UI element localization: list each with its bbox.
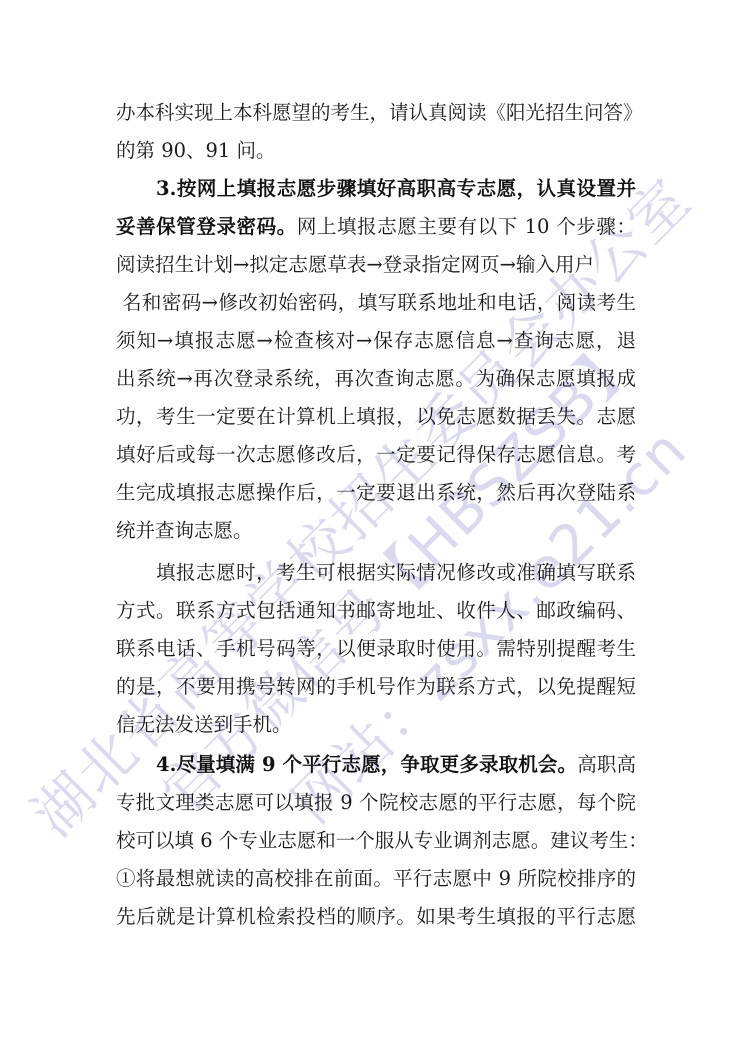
text-line: 妥善保管登录密码。网上填报志愿主要有以下 10 个步骤：: [116, 212, 636, 242]
paragraph-start: 填报志愿时，考生可根据实际情况修改或准确填写联系: [156, 558, 636, 588]
text-line: 出系统→再次登录系统，再次查询志愿。为确保志愿填报成: [116, 364, 636, 394]
text-line: 联系电话、手机号码等，以便录取时使用。需特别提醒考生: [116, 634, 636, 664]
text-line: 信无法发送到手机。: [116, 710, 636, 740]
body-text: 高职高: [577, 753, 636, 776]
text-line: 专批文理类志愿可以填报 9 个院校志愿的平行志愿，每个院: [116, 788, 636, 818]
body-text: 网上填报志愿主要有以下 10 个步骤：: [297, 215, 636, 238]
document-page: 湖北省高等学校招生委员会办公室 官方微信号【HBSZSB】 网站：zsxx.e2…: [0, 0, 750, 1060]
text-line: 生完成填报志愿操作后，一定要退出系统，然后再次登陆系: [116, 478, 636, 508]
text-line: 的是，不要用携号转网的手机号作为联系方式，以免提醒短: [116, 672, 636, 702]
text-line: 方式。联系方式包括通知书邮寄地址、收件人、邮政编码、: [116, 596, 636, 626]
text-line: ①将最想就读的高校排在前面。平行志愿中 9 所院校排序的: [116, 864, 636, 894]
text-line: 的第 90、91 问。: [116, 136, 636, 166]
text-line: 功，考生一定要在计算机上填报，以免志愿数据丢失。志愿: [116, 402, 636, 432]
heading-text: 3.按网上填报志愿步骤填好高职高专志愿，认真设置并: [156, 177, 636, 200]
section-heading-3: 3.按网上填报志愿步骤填好高职高专志愿，认真设置并: [156, 174, 636, 204]
heading-text: 4.尽量填满 9 个平行志愿，争取更多录取机会。: [156, 753, 577, 776]
text-line: 阅读招生计划→拟定志愿草表→登录指定网页→输入用户: [116, 250, 636, 280]
text-line: 填好后或每一次志愿修改后，一定要记得保存志愿信息。考: [116, 440, 636, 470]
text-line: 先后就是计算机检索投档的顺序。如果考生填报的平行志愿: [116, 902, 636, 932]
section-heading-4: 4.尽量填满 9 个平行志愿，争取更多录取机会。高职高: [156, 750, 636, 780]
text-line: 须知→填报志愿→检查核对→保存志愿信息→查询志愿，退: [116, 326, 636, 356]
text-line: 办本科实现上本科愿望的考生，请认真阅读《阳光招生问答》: [116, 98, 636, 128]
text-line: 校可以填 6 个专业志愿和一个服从专业调剂志愿。建议考生：: [116, 826, 636, 856]
heading-text: 妥善保管登录密码。: [116, 215, 297, 238]
text-line: 名和密码→修改初始密码，填写联系地址和电话，阅读考生: [122, 288, 636, 318]
text-line: 统并查询志愿。: [116, 516, 636, 546]
